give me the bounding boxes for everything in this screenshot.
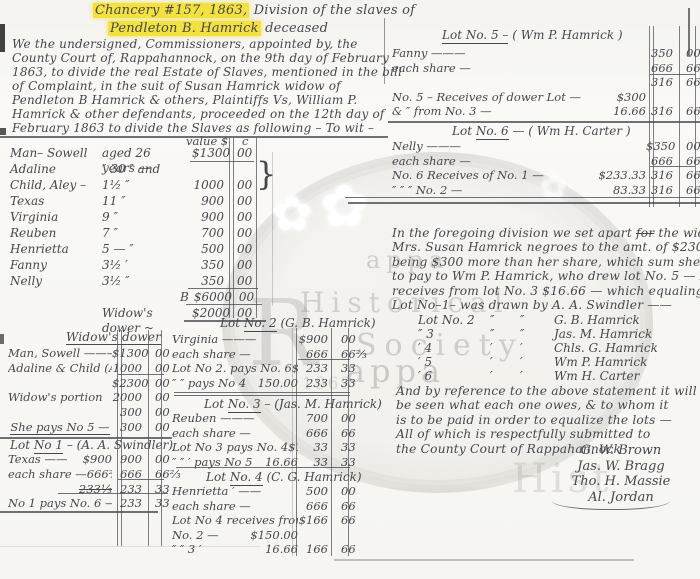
drawer-name: G. B. Hamrick — [554, 314, 696, 328]
ledger-row: Lot No 4 receives from $166 66 — [172, 513, 350, 528]
division-note-line: In the foregoing division we set apart f… — [392, 226, 700, 240]
ledger-row: Lot No 2. pays No. 6$83.33 233 33 — [172, 361, 350, 376]
row-prefix — [180, 194, 192, 210]
row-label: Lot No 4 receives from — [172, 513, 298, 528]
ledger-rule — [679, 26, 680, 207]
row-label: Texas —— — [8, 452, 67, 467]
ledger-rule — [233, 138, 234, 318]
scan-streak — [334, 559, 634, 561]
mid-amount: 83.33 — [613, 183, 646, 197]
table-row: Fanny 3½ ′ 350 00 — [10, 258, 256, 274]
division-note-line: Lot No–1– was drawn by A. A. Swindler —— — [392, 298, 700, 313]
ink-rule — [388, 121, 700, 123]
title-line2-rest: deceased — [261, 21, 328, 36]
ledger-rule — [649, 26, 650, 207]
intro-paragraph: We the undersigned, Commissioners, appoi… — [12, 37, 396, 135]
row-label: No 1 pays No. 6 — — [8, 496, 112, 511]
intro-line: Pendleton B Hamrick & others, Plaintiffs… — [12, 93, 396, 107]
lot-word: Lot — [10, 438, 34, 452]
amount-dollars: 666 — [646, 61, 679, 76]
lot-id: ′ 6 — [418, 370, 490, 384]
drawer-name: Chls. G. Hamrick — [554, 342, 696, 356]
mid-amount: $233.33 — [598, 168, 646, 182]
slave-valuation-table: Man– Sowell aged 26 years — $1300 00 Ada… — [10, 146, 256, 322]
ink-rule — [0, 136, 388, 138]
ledger-row: 233⅓ 233 33 — [8, 482, 164, 497]
table-row: Child, Aley – 1½ ″ 1000 00 — [10, 178, 256, 194]
signature: G. W. Brown — [546, 443, 696, 459]
dower-ledger: Man, Sowell ——— $1300 00 Adaline & Child… — [8, 346, 164, 435]
highlighted-decedent-name: Pendleton B. Hamrick — [108, 21, 261, 36]
value-dollars: 350 — [192, 258, 230, 274]
ditto-mark: ″ — [490, 328, 520, 342]
lot-draw-row: ″ 3 ″ ″ Jas. M. Hamrick — [418, 328, 696, 342]
ditto-mark: ′ — [490, 342, 520, 356]
closing-line: And by reference to the above statement … — [396, 384, 697, 398]
amount-dollars: $350 — [646, 139, 679, 154]
row-label: ″ ″ pays No 4 — [172, 376, 246, 391]
value-dollars: 900 — [192, 210, 230, 226]
row-label: ″ ″ ″ No. 2 — — [392, 183, 462, 198]
ledger-row: Widow's portion 2000 00 — [8, 390, 164, 405]
value-dollars: 700 — [192, 226, 230, 242]
row-label: Fanny ——— — [392, 46, 466, 61]
row-mid: $900 — [83, 452, 112, 467]
person-name — [10, 290, 102, 306]
lot-draw-row: ′ 4 ′ ′ Chls. G. Hamrick — [418, 342, 696, 356]
lot1-ledger: Texas ——$900 900 00 each share —666⅔ 666… — [8, 452, 164, 511]
ledger-row: She pays No 5 — 300 00 — [8, 420, 164, 435]
row-mid: $300 — [617, 90, 646, 105]
table-row: Virginia 9 ″ 900 00 — [10, 210, 256, 226]
lot5-heading: Lot No. 5 – ( Wm P. Hamrick ) — [442, 28, 623, 42]
amount-cents: 00 — [679, 139, 696, 154]
scan-edge-mark — [0, 24, 5, 52]
mid-amount: $900 — [83, 452, 112, 466]
amount-cents: 00 — [679, 46, 696, 61]
intro-line: County Court of, Rappahannock, on the 9t… — [12, 51, 396, 65]
mid-amount: 666⅔ — [87, 467, 112, 481]
signature: Tho. H. Massie — [546, 474, 696, 490]
ledger-row: & ″ from No. 3 —16.66 316 66 — [392, 104, 696, 119]
ditto-mark: ′ — [490, 370, 520, 384]
amount-cents: 66 — [679, 183, 696, 198]
scan-edge-mark — [0, 334, 4, 344]
amount-cents: 66 — [679, 168, 696, 183]
table-row: Man– Sowell aged 26 years — $1300 00 — [10, 146, 256, 162]
struck-word: for — [636, 226, 654, 240]
row-prefix — [180, 258, 192, 274]
ditto-mark: ′ — [490, 356, 520, 370]
lot-draw-row: ′ 6 ′ ′ Wm H. Carter — [418, 370, 696, 384]
ink-rule — [174, 395, 350, 396]
ledger-row: each share — 666 66 — [172, 426, 350, 441]
ledger-rule — [229, 138, 230, 318]
scan-edge-mark — [0, 128, 6, 135]
ink-rule — [650, 166, 695, 167]
ink-rule — [0, 511, 158, 513]
lot-assignee: – (Jas. M. Hamrick) — [261, 397, 382, 411]
ink-rule — [118, 479, 164, 480]
note-text: In the foregoing division we set apart — [392, 226, 636, 240]
row-label: Henrietta ′ —— — [172, 484, 261, 499]
person-age: 9 ″ — [102, 210, 180, 226]
ledger-row: Nelly ——— $350 00 — [392, 139, 696, 154]
person-age: 1½ ″ — [102, 178, 180, 194]
amount-cents: 66 — [679, 104, 696, 119]
division-note-line: receives from lot No. 3 $16.66 — which e… — [392, 284, 700, 299]
row-label: Lot No 2. pays No. 6 — [172, 361, 292, 376]
amount-dollars: 166 — [298, 542, 334, 557]
ink-rule — [58, 493, 168, 494]
row-label: & ″ from No. 3 — — [392, 104, 492, 119]
ledger-row: No. 2 —$150.00 — [172, 528, 350, 543]
ledger-rule — [695, 26, 696, 207]
ledger-row: No. 6 Receives of No. 1 —$233.33 316 66 — [392, 168, 696, 183]
amount-dollars: 500 — [298, 484, 334, 499]
person-name: Adaline — [10, 162, 102, 178]
ink-rule — [186, 304, 262, 305]
amount-dollars: $900 — [298, 332, 334, 347]
lot-number: No. 6 — [476, 124, 509, 140]
lot-id: ″ 3 — [418, 328, 490, 342]
signature-flourish — [552, 500, 670, 510]
amount-dollars — [646, 90, 679, 105]
ditto-mark: ″ — [490, 314, 520, 328]
value-dollars: 900 — [192, 194, 230, 210]
ledger-row: each share — 666 66 — [172, 499, 350, 514]
ledger-row: Virginia ——— $900 00 — [172, 332, 350, 347]
row-prefix — [180, 226, 192, 242]
row-mid: 16.66 — [613, 104, 646, 119]
lot-draw-row: ′ 5 ′ ′ Wm P. Hamrick — [418, 356, 696, 370]
scanned-document-page: ✿ ✿ ✿ ✿ appa Historical Society R appa H… — [0, 0, 700, 579]
value-dollars: 500 — [192, 242, 230, 258]
intro-line: of Complaint, in the suit of Susan Hamri… — [12, 79, 396, 93]
amount-dollars: 316 — [646, 104, 679, 119]
lot-id: ′ 4 — [418, 342, 490, 356]
row-label: each share — — [392, 61, 471, 76]
amount-dollars: $166 — [298, 513, 334, 528]
lot-draw-list: Lot No. 2 ″ ″ G. B. Hamrick ″ 3 ″ ″ Jas.… — [418, 314, 696, 384]
row-mid: 666⅔ — [87, 467, 112, 482]
row-mid: 16.66 — [265, 542, 298, 557]
person-age: ″ 30 ″ and — [102, 162, 180, 178]
title-line1-rest: Division of the slaves of — [249, 3, 415, 18]
lot-assignee: – (A. A. Swindler) — [63, 438, 173, 452]
person-age: 7 ″ — [102, 226, 180, 242]
intro-line: We the undersigned, Commissioners, appoi… — [12, 37, 396, 51]
amount-dollars: 666 — [298, 426, 334, 441]
lot4-ledger: Henrietta ′ —— 500 00 each share — 666 6… — [172, 484, 350, 557]
row-label: No. 5 – Receives of dower Lot — — [392, 90, 581, 105]
ink-rule — [118, 374, 164, 375]
ink-rule — [650, 74, 695, 75]
division-note-line: being $300 more than her share, which su… — [392, 255, 700, 270]
mid-amount: $150.00 — [250, 528, 298, 542]
ditto-mark: ″ — [520, 328, 554, 342]
lot-word: Lot — [204, 397, 228, 411]
row-label: Reuben ——— — [172, 411, 255, 426]
ledger-row: Texas ——$900 900 00 — [8, 452, 164, 467]
row-label: each share — — [172, 347, 251, 362]
ink-rule — [174, 392, 350, 393]
table-row: Henrietta 5 — ″ 500 00 — [10, 242, 256, 258]
ditto-mark: ″ — [520, 314, 554, 328]
ledger-row: No 1 pays No. 6 — 233 33 — [8, 496, 164, 511]
drawer-name: Wm P. Hamrick — [554, 356, 696, 370]
amount-cents: 66 — [679, 75, 696, 90]
row-label-underlined: She pays No 5 — — [10, 420, 109, 435]
lot-id: ′ 5 — [418, 356, 490, 370]
lot-assignee: — ( Wm H. Carter ) — [509, 124, 631, 138]
highlighted-case-number: Chancery #157, 1863, — [93, 3, 249, 18]
lot-word: Lot — [206, 470, 230, 484]
dower-section-heading: Widow's dower — [66, 330, 161, 345]
ledger-rule — [348, 328, 349, 556]
person-name: Fanny — [10, 258, 102, 274]
row-label: Virginia ——— — [172, 332, 256, 347]
ledger-row: No. 5 – Receives of dower Lot —$300 — [392, 90, 696, 105]
ink-rule — [188, 288, 258, 289]
intro-line: February 1863 to divide the Slaves as fo… — [12, 121, 396, 135]
lot5-ledger: Fanny ——— 350 00 each share — 666 66 316… — [392, 46, 696, 119]
person-name: Child, Aley – — [10, 178, 102, 194]
ledger-rule — [296, 328, 297, 556]
row-label: each share — — [172, 499, 251, 514]
person-name: Reuben — [10, 226, 102, 242]
lot4-heading: Lot No. 4 (C. G. Hamrick) — [206, 470, 362, 484]
ink-rule — [0, 437, 172, 439]
ledger-row: 316 66 — [392, 75, 696, 90]
lot2-ledger: Virginia ——— $900 00 each share — 666 66… — [172, 332, 350, 390]
ledger-row: ″ ″ ″ No. 2 —83.33 316 66 — [392, 183, 696, 198]
person-name: Nelly — [10, 274, 102, 290]
division-note-line: to pay to Wm P. Hamrick, who drew lot No… — [392, 269, 700, 284]
dogwood-flower-icon: ✿ — [320, 172, 369, 240]
lot6-ledger: Nelly ——— $350 00 each share — 666 66 No… — [392, 139, 696, 197]
lot2-heading: Lot No. 2 (G. B. Hamrick) — [220, 316, 376, 330]
amount-dollars: 700 — [298, 411, 334, 426]
mid-amount: 16.66 — [613, 104, 646, 118]
ledger-row: each share — 666 66 — [392, 61, 696, 76]
ditto-mark: ′ — [520, 356, 554, 370]
drawer-name: Wm H. Carter — [554, 370, 696, 384]
row-label: Nelly ——— — [392, 139, 461, 154]
closing-line: be seen what each one owes, & to whom it — [396, 398, 697, 412]
row-label: ″ ″ 3 ′ — [172, 542, 202, 557]
lot-draw-row: Lot No. 2 ″ ″ G. B. Hamrick — [418, 314, 696, 328]
person-age: 5 — ″ — [102, 242, 180, 258]
value-dollars — [192, 162, 230, 178]
lot6-heading: Lot No. 6 — ( Wm H. Carter ) — [452, 124, 631, 138]
ledger-row: 300 00 — [8, 405, 164, 420]
ledger-rule — [256, 138, 257, 318]
lot-id: Lot No. 2 — [418, 314, 490, 328]
amount-dollars: 666 — [298, 499, 334, 514]
row-prefix — [180, 210, 192, 226]
row-label: Widow's portion — [8, 390, 103, 405]
person-name: Henrietta — [10, 242, 102, 258]
amount-dollars: 33 — [298, 440, 334, 455]
note-text: the widow — [654, 226, 700, 240]
ledger-rule — [653, 26, 654, 207]
mid-amount: $300 — [617, 90, 646, 104]
row-mid: $233.33 — [598, 168, 646, 183]
person-age: 11 ″ — [102, 194, 180, 210]
ledger-row: Henrietta ′ —— 500 00 — [172, 484, 350, 499]
row-label: Adaline & Child (Aley) — [8, 361, 112, 376]
lot-word: Lot — [220, 316, 244, 330]
ledger-row: $2300 00 — [8, 376, 164, 391]
intro-line: 1863, to divide the real Estate of Slave… — [12, 65, 396, 79]
signature: Jas. W. Bragg — [546, 459, 696, 475]
amount-dollars — [298, 528, 334, 543]
mid-amount: 16.66 — [265, 542, 298, 556]
row-label: each share — — [172, 426, 251, 441]
ledger-row: ″ ″ 3 ′16.66 166 66 — [172, 542, 350, 557]
amount-dollars: 316 — [646, 183, 679, 198]
row-prefix — [180, 242, 192, 258]
grouping-brace: } — [256, 158, 276, 190]
ledger-row: Reuben ——— 700 00 — [172, 411, 350, 426]
ink-rule — [345, 197, 700, 198]
table-row: Adaline ″ 30 ″ and — [10, 162, 256, 178]
person-name: Virginia — [10, 210, 102, 226]
row-mid: $150.00 — [250, 528, 298, 543]
amount-dollars: 316 — [646, 168, 679, 183]
row-label: Lot No 3 pays No. 4 — [172, 440, 288, 455]
ledger-row: ″ ″ pays No 4150.00 233 33 — [172, 376, 350, 391]
ink-rule — [348, 202, 700, 204]
value-dollars: 1000 — [192, 178, 230, 194]
person-age: 3½ ″ — [102, 274, 180, 290]
table-row: Reuben 7 ″ 700 00 — [10, 226, 256, 242]
row-mid: 233⅓ — [79, 482, 112, 497]
row-label: No. 2 — — [172, 528, 219, 543]
ledger-row: Lot No 3 pays No. 4$16.66 33 33 — [172, 440, 350, 455]
amount-cents: 66 — [679, 61, 696, 76]
document-title-line2: Pendleton B. Hamrick deceased — [108, 22, 328, 36]
ink-rule — [176, 467, 350, 468]
lot-number: No. 2 — [244, 316, 277, 332]
ink-rule — [184, 320, 266, 322]
ditto-mark: ′ — [520, 370, 554, 384]
row-mid: 83.33 — [613, 183, 646, 198]
ledger-row: Fanny ——— 350 00 — [392, 46, 696, 61]
amount-cents — [679, 90, 696, 105]
row-label: Man, Sowell ——— — [8, 346, 112, 361]
dogwood-flower-icon: ✿ — [272, 186, 312, 242]
ledger-rule — [272, 152, 273, 306]
division-note-line: Mrs. Susan Hamrick negroes to the amt. o… — [392, 240, 700, 255]
signature-block: G. W. BrownJas. W. BraggTho. H. MassieAl… — [546, 443, 696, 505]
ledger-rule — [331, 328, 332, 556]
person-age: 3½ ′ — [102, 258, 180, 274]
document-title-line1: Chancery #157, 1863, Division of the sla… — [93, 4, 415, 18]
lot3-ledger: Reuben ——— 700 00 each share — 666 66 Lo… — [172, 411, 350, 469]
drawer-name: Jas. M. Hamrick — [554, 328, 696, 342]
lot-word: Lot — [452, 124, 476, 138]
person-age — [102, 290, 180, 306]
row-prefix — [180, 178, 192, 194]
row-label: each share — — [8, 467, 87, 482]
row-prefix — [180, 162, 192, 178]
row-label: each share — — [392, 154, 471, 169]
row-label: No. 6 Receives of No. 1 — — [392, 168, 544, 183]
amount-dollars: 233 — [298, 361, 334, 376]
division-note: Mrs. Susan Hamrick negroes to the amt. o… — [392, 240, 700, 313]
amount-dollars: 316 — [646, 75, 679, 90]
amount-dollars: 233 — [298, 376, 334, 391]
ink-rule — [190, 161, 254, 162]
lot-assignee: ( Wm P. Hamrick ) — [508, 28, 622, 42]
ledger-rule — [292, 328, 293, 556]
closing-line: is to be paid in order to equalize the l… — [396, 413, 697, 427]
lot-assignee: (C. G. Hamrick) — [263, 470, 362, 484]
lot-number: Lot No. 5 – — [442, 28, 508, 44]
ditto-mark: ′ — [520, 342, 554, 356]
intro-line: Hamrick & other defendants, proceeded on… — [12, 107, 396, 121]
ink-rule — [298, 359, 350, 360]
amount-dollars: 350 — [646, 46, 679, 61]
person-name: Texas — [10, 194, 102, 210]
ledger-row: Man, Sowell ——— $1300 00 — [8, 346, 164, 361]
closing-line: All of which is respectfully submitted t… — [396, 427, 697, 441]
table-row: Texas 11 ″ 900 00 — [10, 194, 256, 210]
